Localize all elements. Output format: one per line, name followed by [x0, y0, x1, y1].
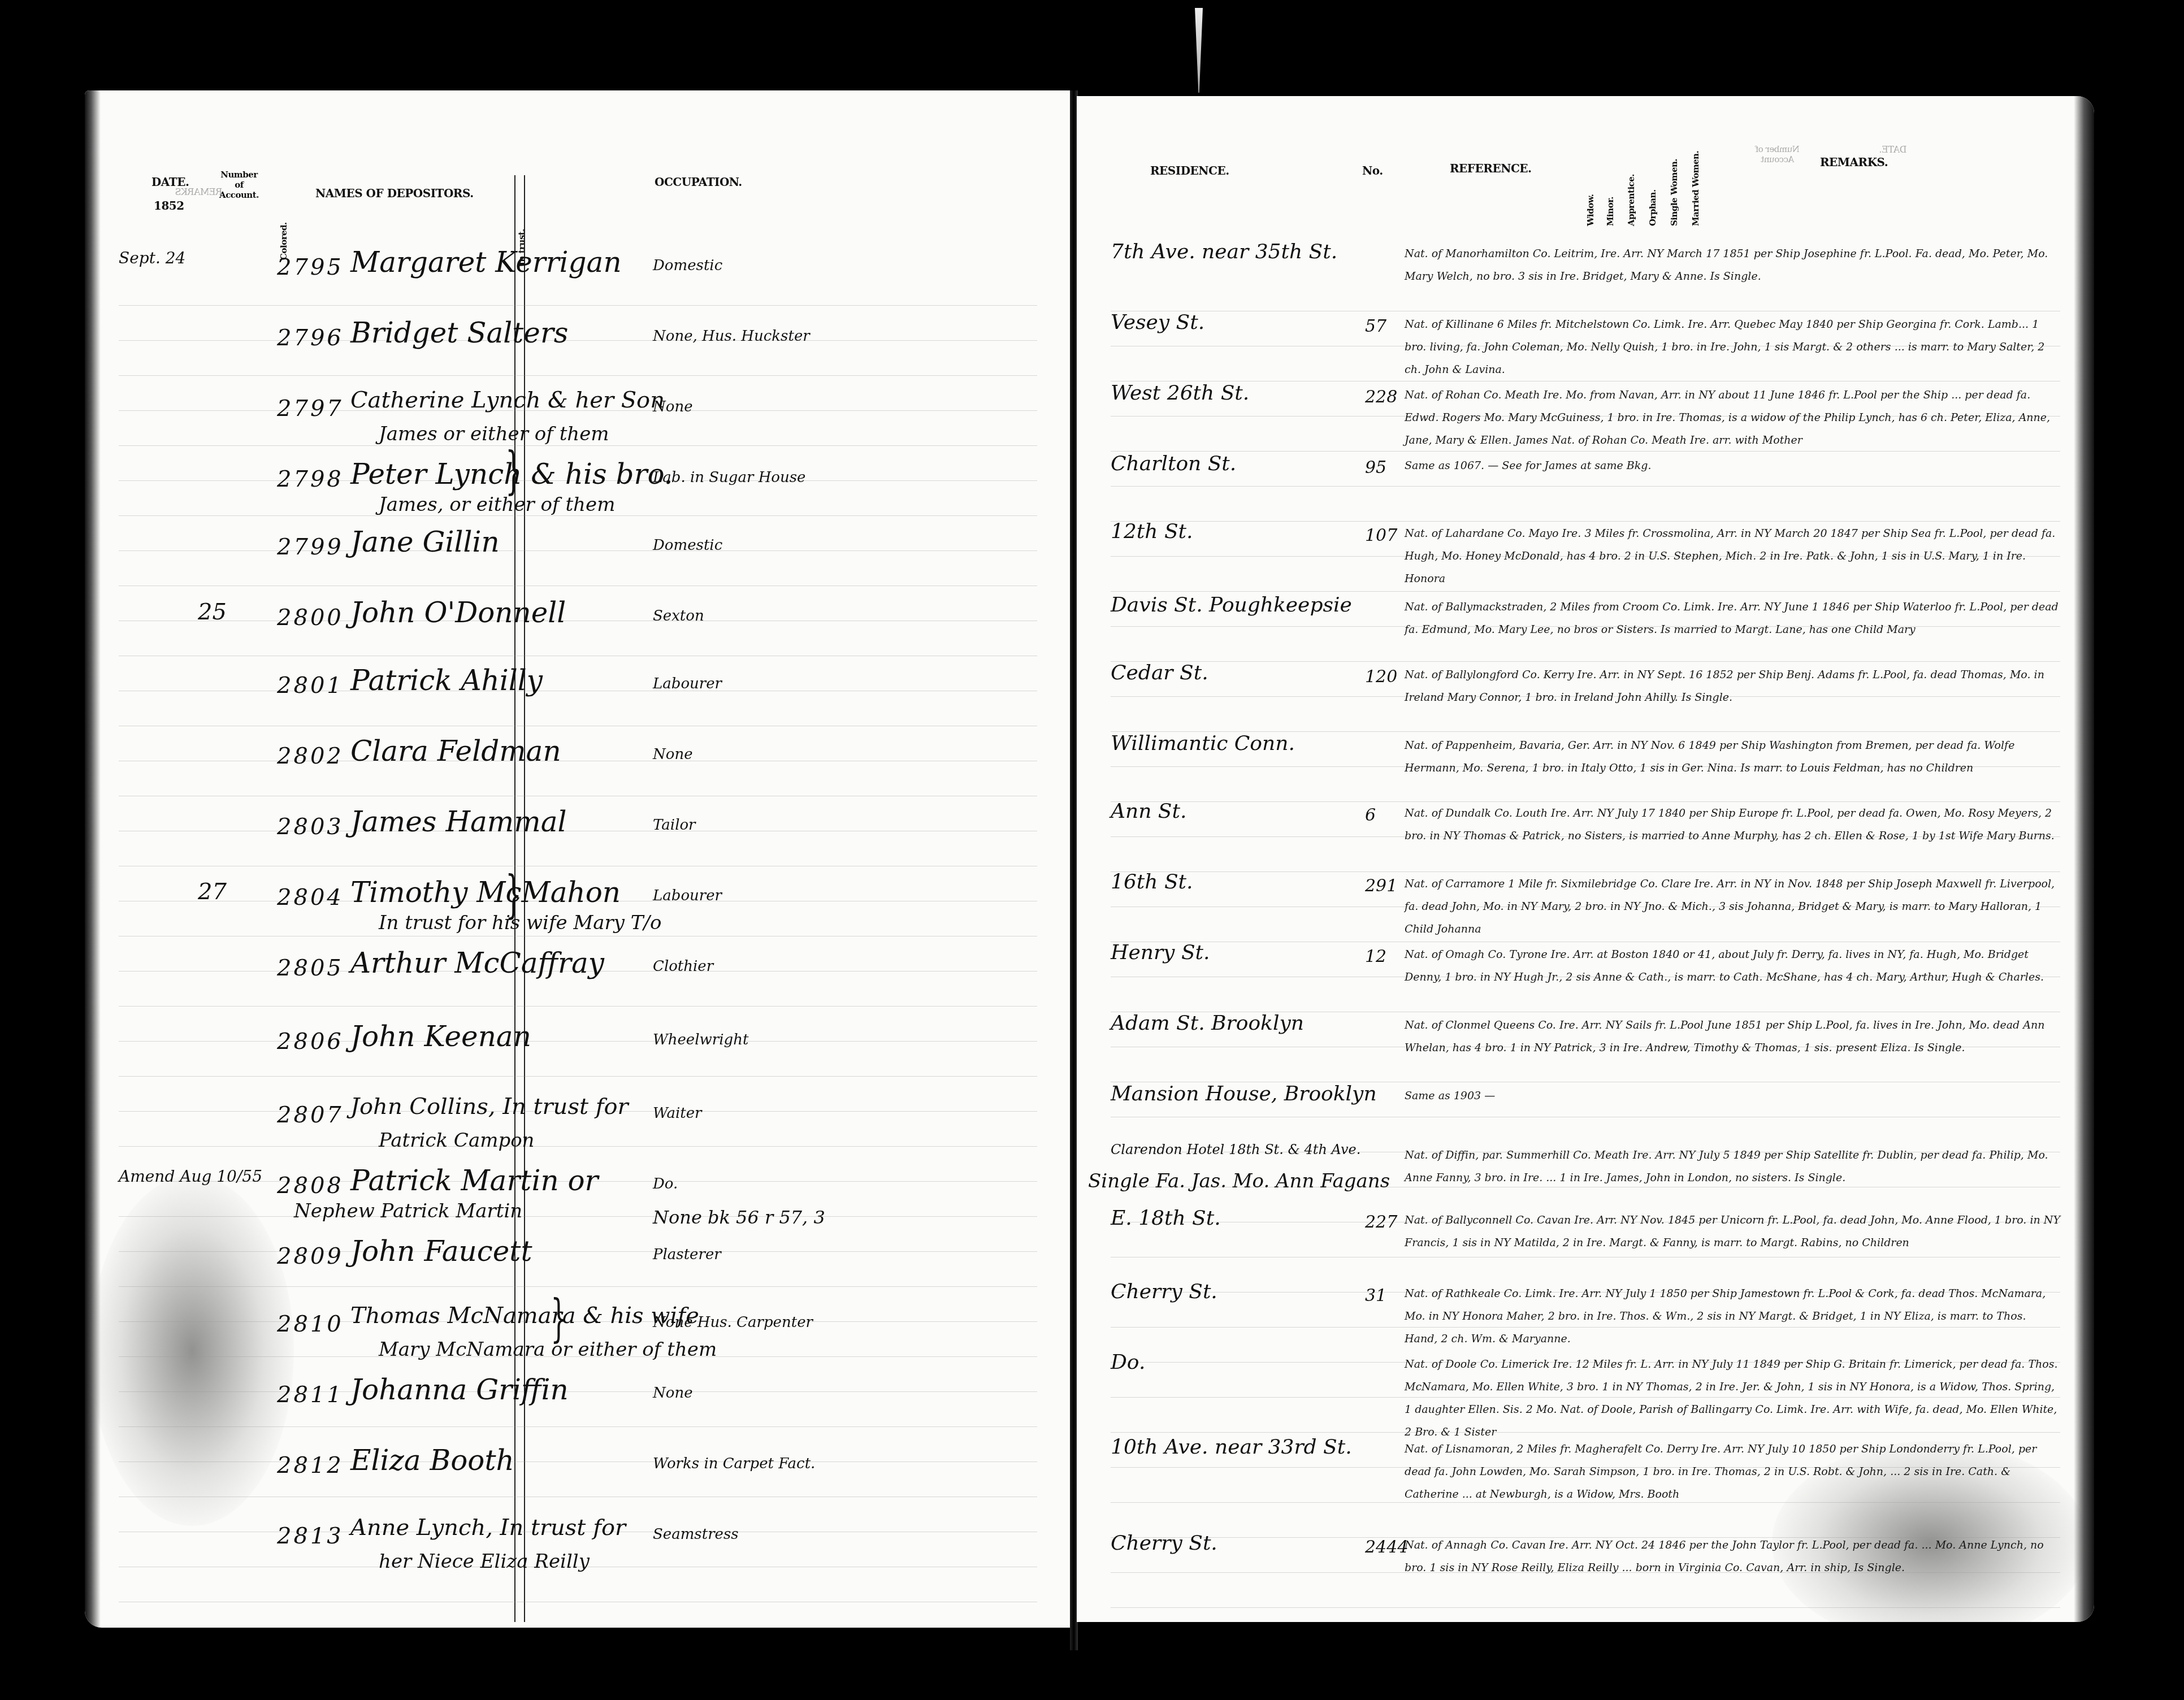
header-single-women: Single Women. [1669, 130, 1679, 226]
depositor-name-continued: Nephew Patrick Martin [294, 1200, 522, 1222]
occupation: Domestic [653, 537, 722, 554]
header-colored: Colored. [279, 181, 289, 260]
depositor-name: John O'Donnell [350, 596, 566, 629]
depositor-name: James Hammal [350, 805, 566, 838]
ruled-line [119, 831, 1037, 831]
reference-text: Same as 1067. — See for James at same Bk… [1405, 454, 2060, 477]
reference-number: 31 [1365, 1286, 1386, 1306]
residence: 7th Ave. near 35th St. [1111, 240, 1337, 263]
brace-mark: } [505, 865, 522, 924]
occupation: Plasterer [653, 1246, 721, 1263]
depositor-name: Eliza Booth [350, 1444, 514, 1477]
brace-mark: } [551, 1289, 567, 1348]
ruled-line [119, 656, 1037, 656]
account-number: 2804 [277, 884, 344, 910]
ruled-line [1111, 591, 2060, 592]
ruled-line [119, 1041, 1037, 1042]
entry-date: Sept. 24 [119, 249, 185, 267]
reference-text: Nat. of Killinane 6 Miles fr. Mitchelsto… [1405, 313, 2060, 381]
occupation: None Hus. Carpenter [653, 1314, 813, 1331]
reference-text: Nat. of Manorhamilton Co. Leitrim, Ire. … [1405, 242, 2060, 288]
occupation: Clothier [653, 958, 713, 975]
reference-number: 228 [1365, 387, 1397, 407]
ruled-line [1111, 1117, 2060, 1117]
occupation: Tailor [653, 817, 696, 834]
occupation: None [653, 1385, 693, 1402]
water-stain [90, 1176, 294, 1526]
account-number: 2810 [277, 1311, 344, 1337]
header-no: No. [1362, 164, 1383, 177]
ruled-line [1111, 661, 2060, 662]
header-remarks: REMARKS. [1820, 155, 1888, 169]
account-number: 2813 [277, 1523, 344, 1549]
occupation: Labourer [653, 675, 722, 692]
ruled-line [119, 1426, 1037, 1427]
header-date-mirror: DATE. [1879, 144, 1906, 155]
reference-number: 120 [1365, 667, 1397, 687]
residence: West 26th St. [1111, 381, 1249, 405]
ruled-line [119, 691, 1037, 691]
ruled-line [119, 340, 1037, 341]
header-remarks-mirror: REMARKS [175, 187, 222, 197]
header-married-women: Married Women. [1691, 119, 1701, 226]
account-number: 2800 [277, 605, 344, 631]
reference-number: 12 [1365, 947, 1386, 966]
depositor-name: Bridget Salters [350, 316, 569, 349]
ruled-line [119, 761, 1037, 761]
ruled-line [1111, 486, 2060, 487]
reference-text: Nat. of Ballymackstraden, 2 Miles from C… [1405, 596, 2060, 641]
account-number: 2803 [277, 814, 344, 840]
ruled-line [119, 1462, 1037, 1462]
reference-text: Nat. of Omagh Co. Tyrone Ire. Arr. at Bo… [1405, 943, 2060, 988]
residence: Mansion House, Brooklyn [1111, 1082, 1377, 1105]
header-residence: RESIDENCE. [1150, 164, 1229, 177]
ruled-line [119, 621, 1037, 621]
depositor-name-continued: her Niece Eliza Reilly [379, 1550, 590, 1573]
ruled-line [119, 866, 1037, 866]
residence: Clarendon Hotel 18th St. & 4th Ave. [1111, 1142, 1360, 1157]
header-names-of-depositors: NAMES OF DEPOSITORS. [315, 187, 474, 200]
reference-text: Nat. of Lahardane Co. Mayo Ire. 3 Miles … [1405, 522, 2060, 590]
depositor-name: John Faucett [350, 1235, 532, 1268]
account-number: 2812 [277, 1452, 344, 1478]
account-number: 2796 [277, 325, 344, 351]
header-account-number: Number of Account. [219, 170, 259, 200]
depositor-name: Thomas McNamara & his wife [350, 1303, 699, 1329]
residence: 16th St. [1111, 870, 1193, 894]
occupation: Waiter [653, 1105, 702, 1122]
occupation: Sexton [653, 608, 704, 625]
occupation: Seamstress [653, 1526, 739, 1543]
ruled-line [119, 1146, 1037, 1147]
ruled-line [119, 1251, 1037, 1252]
header-reference: REFERENCE. [1450, 162, 1532, 175]
ruled-line [1111, 1607, 2060, 1608]
reference-text: Nat. of Lisnamoran, 2 Miles fr. Magheraf… [1405, 1438, 2060, 1506]
reference-number: 291 [1365, 876, 1397, 896]
ruled-line [119, 1497, 1037, 1497]
account-number: 2811 [277, 1382, 344, 1408]
account-number: 2805 [277, 955, 344, 981]
occupation: Labourer [653, 887, 722, 904]
reference-number: 6 [1365, 805, 1376, 825]
occupation: Lab. in Sugar House [653, 469, 805, 486]
header-year: 1852 [154, 199, 184, 212]
header-occupation: OCCUPATION. [655, 175, 742, 189]
reference-text: Nat. of Annagh Co. Cavan Ire. Arr. NY Oc… [1405, 1534, 2060, 1579]
account-number: 2795 [277, 254, 344, 280]
residence-note: Single Fa. Jas. Mo. Ann Fagans [1088, 1170, 1390, 1192]
residence: Willimantic Conn. [1111, 732, 1295, 755]
ruled-line [119, 726, 1037, 726]
residence: Henry St. [1111, 941, 1210, 964]
depositor-name: Johanna Griffin [350, 1373, 569, 1406]
account-number: 2806 [277, 1029, 344, 1055]
entry-date: Amend Aug 10/55 [119, 1167, 262, 1186]
occupation: Works in Carpet Fact. [653, 1455, 815, 1472]
occupation: None [653, 398, 693, 415]
ruled-line [119, 1286, 1037, 1287]
residence: Cherry St. [1111, 1532, 1217, 1555]
depositor-name: Arthur McCaffray [350, 947, 604, 979]
reference-text: Nat. of Pappenheim, Bavaria, Ger. Arr. i… [1405, 734, 2060, 779]
header-orphan: Orphan. [1648, 164, 1658, 226]
ruled-line [1111, 381, 2060, 381]
depositor-name: John Collins, In trust for [350, 1094, 629, 1120]
ruled-line [119, 796, 1037, 796]
ruled-line [119, 305, 1037, 306]
reference-number: 57 [1365, 316, 1386, 336]
depositor-name-continued: James or either of them [379, 423, 609, 445]
depositor-name: John Keenan [350, 1020, 531, 1053]
entry-date: 27 [198, 879, 227, 905]
account-number: 2799 [277, 534, 344, 560]
ruled-line [1111, 942, 2060, 942]
reference-text: Same as 1903 — [1405, 1085, 2060, 1107]
account-number: 2801 [277, 673, 344, 699]
ruled-line [1111, 311, 2060, 311]
reference-number: 2444 [1365, 1537, 1408, 1557]
depositor-name: Jane Gillin [350, 526, 500, 558]
ruled-line [119, 1391, 1037, 1392]
ruled-line [1111, 521, 2060, 522]
ledger-left-page: DATE. 1852 REMARKS Number of Account. Co… [85, 90, 1071, 1628]
ledger-right-page: RESIDENCE. No. REFERENCE. Widow. Minor. … [1077, 96, 2094, 1622]
brace-mark: } [505, 441, 522, 500]
ruled-line [119, 445, 1037, 446]
depositor-name: Catherine Lynch & her Son [350, 387, 665, 413]
reference-text: Nat. of Clonmel Queens Co. Ire. Arr. NY … [1405, 1014, 2060, 1059]
residence: Cedar St. [1111, 661, 1208, 684]
reference-text: Nat. of Ballyconnell Co. Cavan Ire. Arr.… [1405, 1209, 2060, 1254]
ruled-line [119, 1076, 1037, 1077]
ruled-line [119, 375, 1037, 376]
ruled-line [119, 1006, 1037, 1007]
residence: E. 18th St. [1111, 1207, 1221, 1230]
depositor-name: Patrick Martin or [350, 1164, 598, 1197]
reference-text: Nat. of Dundalk Co. Louth Ire. Arr. NY J… [1405, 802, 2060, 847]
ruled-line [119, 550, 1037, 551]
occupation-continued: None bk 56 r 57, 3 [653, 1207, 825, 1228]
occupation: Wheelwright [653, 1031, 748, 1048]
reference-number: 107 [1365, 526, 1397, 545]
residence: Adam St. Brooklyn [1111, 1012, 1304, 1035]
occupation: None, Hus. Huckster [653, 328, 810, 345]
reference-text: Nat. of Carramore 1 Mile fr. Sixmilebrid… [1405, 873, 2060, 940]
reference-text: Nat. of Ballylongford Co. Kerry Ire. Arr… [1405, 663, 2060, 709]
depositor-name-continued: Mary McNamara or either of them [379, 1338, 717, 1361]
depositor-name: Clara Feldman [350, 735, 561, 767]
ruled-line [1111, 871, 2060, 872]
account-number: 2798 [277, 466, 344, 492]
entry-date: 25 [198, 599, 227, 625]
reference-text: Nat. of Doole Co. Limerick Ire. 12 Miles… [1405, 1353, 2060, 1443]
occupation: None [653, 746, 693, 763]
depositor-name: Patrick Ahilly [350, 664, 543, 697]
depositor-name: Margaret Kerrigan [350, 246, 622, 279]
account-number: 2797 [277, 396, 344, 422]
reference-text: Nat. of Rathkeale Co. Limk. Ire. Arr. NY… [1405, 1282, 2060, 1350]
residence: Davis St. Poughkeepsie [1111, 593, 1352, 617]
header-widow: Widow. [1585, 164, 1596, 226]
header-number-of-account-mirror: Number of Account [1755, 144, 1800, 164]
residence: Cherry St. [1111, 1280, 1217, 1303]
occupation: Domestic [653, 257, 722, 274]
depositor-name-continued: Patrick Campon [379, 1129, 535, 1152]
depositor-name: Timothy McMahon [350, 876, 621, 909]
ruled-line [119, 1602, 1037, 1602]
header-minor: Minor. [1605, 175, 1615, 226]
residence: 12th St. [1111, 520, 1193, 543]
residence: Do. [1111, 1351, 1145, 1374]
reference-number: 227 [1365, 1212, 1397, 1232]
header-apprentice: Apprentice. [1626, 147, 1636, 226]
ruled-line [119, 936, 1037, 936]
depositor-name: Anne Lynch, In trust for [350, 1515, 626, 1541]
bookmark-ribbon [1195, 8, 1203, 93]
depositor-name-continued: James, or either of them [379, 493, 615, 516]
reference-text: Nat. of Diffin, par. Summerhill Co. Meat… [1405, 1144, 2060, 1189]
ruled-line [119, 1216, 1037, 1217]
account-number: 2807 [277, 1102, 344, 1128]
account-number: 2809 [277, 1243, 344, 1269]
occupation: Do. [653, 1176, 678, 1192]
account-number: 2802 [277, 743, 344, 769]
reference-number: 95 [1365, 458, 1386, 478]
account-number: 2808 [277, 1173, 344, 1199]
residence: 10th Ave. near 33rd St. [1111, 1436, 1352, 1459]
residence: Vesey St. [1111, 311, 1204, 334]
residence: Ann St. [1111, 800, 1186, 823]
ruled-line [1111, 1257, 2060, 1257]
residence: Charlton St. [1111, 452, 1236, 475]
reference-text: Nat. of Rohan Co. Meath Ire. Mo. from Na… [1405, 384, 2060, 452]
ruled-line [119, 586, 1037, 586]
